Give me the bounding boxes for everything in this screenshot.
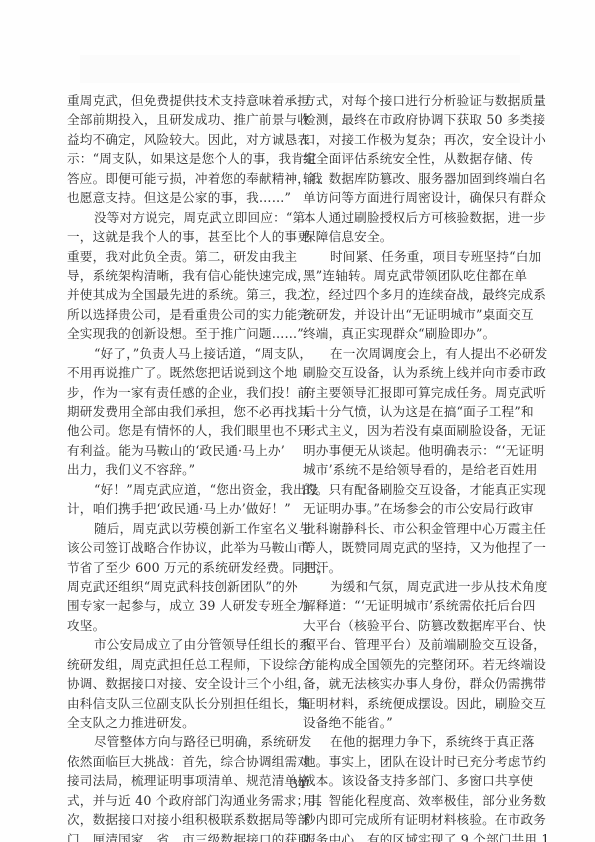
text-line: 单访问等方面进行周密设计，确保只有群众: [303, 188, 521, 207]
text-line: 保障信息安全。: [303, 227, 521, 246]
text-line: 的。只有配备刷脸交互设备，才能真正实现: [303, 480, 521, 499]
text-line: 没等对方说完，周克武立即回应：“第: [67, 208, 285, 227]
text-line: 方能构成全国领先的完整闭环。若无终端设: [303, 655, 521, 674]
text-line: 解释道：“‘无证明城市’系统需依托后台四: [303, 596, 521, 615]
text-line: 计，咱们携手把‘政民通·马上办’做好！”: [67, 499, 285, 518]
text-line: 大平台（核验平台、防篡改数据库平台、快: [303, 616, 521, 635]
text-line: 无证明办事。”在场参会的市公安局行政审: [303, 499, 521, 518]
text-line: 门，厘清国家、省、市三级数据接口的获取: [67, 830, 285, 842]
text-line: 位，经过四个多月的连续奋战，最终完成系: [303, 285, 521, 304]
text-line: 益均不确定，风险较大。因此，对方诚恳表: [67, 130, 285, 149]
text-line: 组全面评估系统安全性，从数据存储、传: [303, 149, 521, 168]
text-line: 等人，既赞同周克武的坚持，又为他捏了一: [303, 538, 521, 557]
text-line: 地。事实上，团队在设计时已充分考虑节约: [303, 752, 521, 771]
text-line: 批科谢静科长、市公积金管理中心万霞主任: [303, 519, 521, 538]
text-line: 围专家一起参与，成立 39 人研发专班全力: [67, 596, 285, 615]
text-line: 后十分气愤，认为这是在搞“面子工程”和: [303, 402, 521, 421]
text-line: 口，对接工作极为复杂；再次，安全设计小: [303, 130, 521, 149]
text-line: 尽管整体方向与路径已明确，系统研发: [67, 732, 285, 751]
text-line: 在一次周调度会上，有人提出不必研发: [303, 344, 521, 363]
text-line: “好了，”负责人马上接话道，“周支队，: [67, 344, 285, 363]
text-line: 周克武还组织“周克武科技创新团队”的外: [67, 577, 285, 596]
text-line: 所以选择贵公司，是看重贵公司的实力能完: [67, 305, 285, 324]
text-line: 为缓和气氛，周克武进一步从技术角度: [303, 577, 521, 596]
text-line: 时间紧、任务重，项目专班坚持“白加: [303, 247, 521, 266]
text-line: 形式主义，因为若没有桌面刷脸设备，无证: [303, 421, 521, 440]
text-line: 并使其成为全国最先进的系统。第三，我之: [67, 285, 285, 304]
text-line: 式，并与近 40 个政府部门沟通业务需求；其: [67, 791, 285, 810]
text-line: 明办事便无从谈起。他明确表示：“‘无证明: [303, 441, 521, 460]
page-number: 34: [284, 777, 312, 791]
text-line: 在他的据理力争下，系统终于真正落: [303, 732, 521, 751]
text-line: 不用再说推广了。既然您把话说到这个地: [67, 363, 285, 382]
text-line: “好！”周克武应道，“您出资金，我出设: [67, 480, 285, 499]
text-line: 答应。即便可能亏损，冲着您的奉献精神，我: [67, 169, 285, 188]
text-line: 该公司签订战略合作协议，此举为马鞍山市: [67, 538, 285, 557]
text-line: 统研发，并设计出“无证明城市”桌面交互: [303, 305, 521, 324]
text-line: 黑”连轴转。周克武带领团队吃住都在单: [303, 266, 521, 285]
text-column-left: 重周克武，但免费提供技术支持意味着承担全部前期投入，且研发成功、推广前景与收益均…: [67, 91, 285, 842]
text-line: 终端，真正实现群众“刷脸即办”。: [303, 324, 521, 343]
text-line: 步，作为一家有责任感的企业，我们投！前: [67, 383, 285, 402]
text-line: 重周克武，但免费提供技术支持意味着承担: [67, 91, 285, 110]
text-line: 期研发费用全部由我们承担，您不必再找其: [67, 402, 285, 421]
text-line: 秒内即可完成所有证明材料核验。在市政务: [303, 810, 521, 829]
text-line: 用，智能化程度高、效率极佳，部分业务数: [303, 791, 521, 810]
text-line: 攻坚。: [67, 616, 285, 635]
header-area: [80, 55, 520, 83]
text-line: 导，系统架构清晰，我有信心能快速完成，: [67, 266, 285, 285]
text-line: 接司法局，梳理证明事项清单、规范清单格: [67, 771, 285, 790]
text-line: 服务中心，有的区域实现了 9 个部门共用 1: [303, 830, 521, 842]
text-line: 重要，我对此负全责。第二，研发由我主: [67, 247, 285, 266]
text-line: 依然面临巨大挑战：首先，综合协调组需对: [67, 752, 285, 771]
text-line: 有利益。能为马鞍山的‘政民通·马上办’: [67, 441, 285, 460]
text-line: 本人通过刷脸授权后方可核验数据，进一步: [303, 208, 521, 227]
text-line: 一，这就是我个人的事，甚至比个人的事更: [67, 227, 285, 246]
text-line: 次，数据接口对接小组积极联系数据局等部: [67, 810, 285, 829]
text-line: 示：“周支队，如果这是您个人的事，我肯定: [67, 149, 285, 168]
text-line: 检测，最终在市政府协调下获取 50 多类接: [303, 110, 521, 129]
text-line: 协调、数据接口对接、安全设计三个小组，: [67, 674, 285, 693]
text-line: 设备绝不能省。”: [303, 713, 521, 732]
text-column-right: 方式，对每个接口进行分析验证与数据质量检测，最终在市政府协调下获取 50 多类接…: [303, 91, 521, 842]
text-line: 全支队之力推进研发。: [67, 713, 285, 732]
text-line: 把汗。: [303, 558, 521, 577]
text-line: 照平台、管理平台）及前端刷脸交互设备，: [303, 635, 521, 654]
text-line: 全实现我的创新设想。至于推广问题……”: [67, 324, 285, 343]
text-line: 随后，周克武以劳模创新工作室名义与: [67, 519, 285, 538]
text-line: 由科信支队三位副支队长分别担任组长，集: [67, 694, 285, 713]
text-line: 证明材料，系统便成摆设。因此，刷脸交互: [303, 694, 521, 713]
text-line: 出力，我们义不容辞。”: [67, 460, 285, 479]
text-line: 城市’系统不是给领导看的，是给老百姓用: [303, 460, 521, 479]
text-line: 备，就无法核实办事人身份，群众仍需携带: [303, 674, 521, 693]
text-line: 他公司。您是有情怀的人，我们眼里也不只: [67, 421, 285, 440]
text-line: 方式，对每个接口进行分析验证与数据质量: [303, 91, 521, 110]
text-line: 刷脸交互设备，认为系统上线并向市委市政: [303, 363, 521, 382]
text-line: 也愿意支持。但这是公家的事，我……”: [67, 188, 285, 207]
text-line: 市公安局成立了由分管领导任组长的系: [67, 635, 285, 654]
text-line: 节省了至少 600 万元的系统研发经费。同时，: [67, 558, 285, 577]
text-line: 成本。该设备支持多部门、多窗口共享使: [303, 771, 521, 790]
text-line: 统研发组，周克武担任总工程师，下设综合: [67, 655, 285, 674]
text-line: 府主要领导汇报即可算完成任务。周克武听: [303, 383, 521, 402]
text-line: 输、数据库防篡改、服务器加固到终端白名: [303, 169, 521, 188]
text-line: 全部前期投入，且研发成功、推广前景与收: [67, 110, 285, 129]
document-page: 重周克武，但免费提供技术支持意味着承担全部前期投入，且研发成功、推广前景与收益均…: [0, 0, 595, 842]
